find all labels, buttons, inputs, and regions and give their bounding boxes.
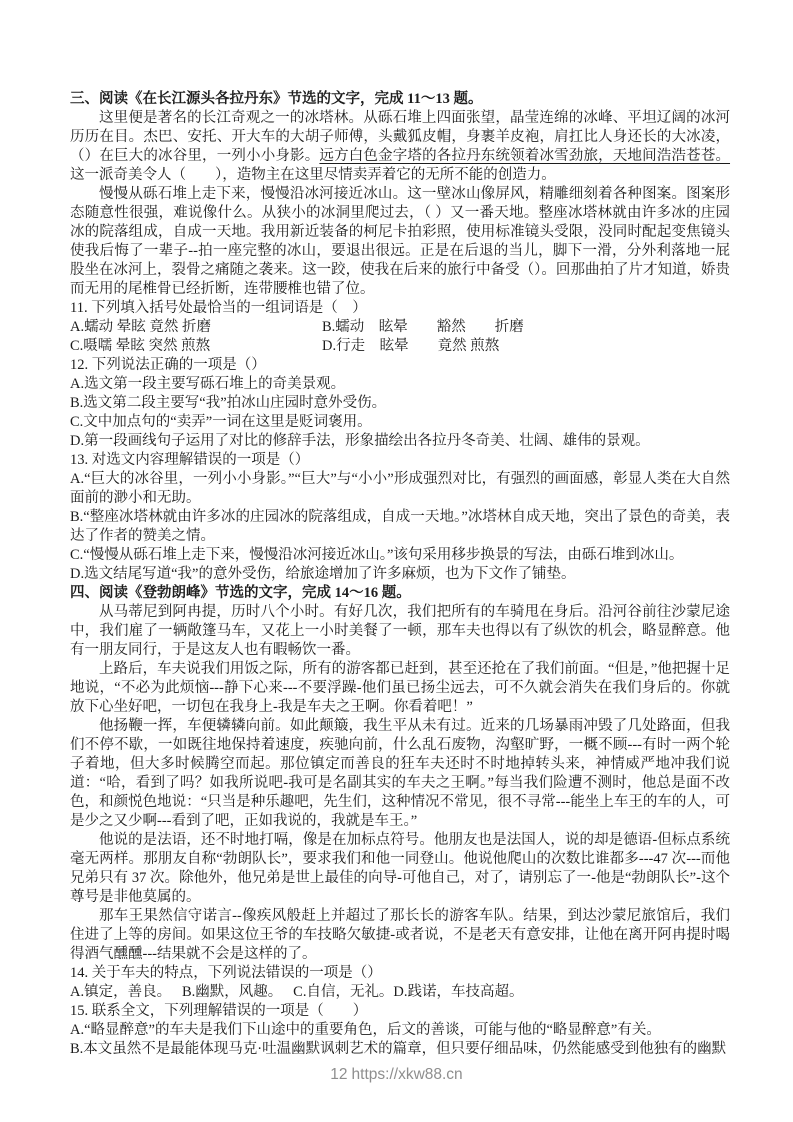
question-13-option-c[interactable]: C.“慢慢从砾石堆上走下来，慢慢沿冰河接近冰山。”该句采用移步换景的写法，由砾石… [70, 546, 730, 565]
underlined-sentence: 远方白色金字塔的各拉丹东统领着冰雪劲旅，天地间浩浩苍苍。 [319, 148, 730, 164]
section3-paragraph-2: 慢慢从砾石堆上走下来，慢慢沿冰河接近冰山。这一壁冰山像屏风，精雕细刻着各种图案。… [70, 185, 730, 299]
exam-page: 三、阅读《在长江源头各拉丹东》节选的文字，完成 11～13 题。 这里便是著名的… [0, 0, 793, 1122]
question-14-stem: 14. 关于车夫的特点，下列说法错误的一项是（） [70, 964, 730, 983]
question-11-stem: 11. 下列填入括号处最恰当的一组词语是（ ） [70, 299, 730, 318]
question-15-stem: 15. 联系全文，下列理解错误的一项是（ ） [70, 1002, 730, 1021]
exam-content: 三、阅读《在长江源头各拉丹东》节选的文字，完成 11～13 题。 这里便是著名的… [70, 90, 730, 1059]
section4-paragraph-1: 从马蒂尼到阿冉提，历时八个小时。有好几次，我们把所有的车骑甩在身后。沿河谷前往沙… [70, 603, 730, 660]
page-number: 12 [330, 1066, 347, 1083]
section3-paragraph-1: 这里便是著名的长江奇观之一的冰塔林。从砾石堆上四面张望，晶莹连绵的冰峰、平坦辽阔… [70, 109, 730, 185]
question-12-stem: 12. 下列说法正确的一项是（） [70, 356, 730, 375]
question-14-options-line[interactable]: A.镇定，善良。 B.幽默，风趣。 C.自信，无礼。D.践诺，车技高超。 [70, 983, 730, 1002]
section4-paragraph-2: 上路后，车夫说我们用饭之际，所有的游客都已赶到，甚至还抢在了我们前面。“但是，”… [70, 660, 730, 717]
page-footer: 12https://xkw88.cn [0, 1066, 793, 1084]
question-13-option-d[interactable]: D.选文结尾写道“我”的意外受伤，给旅途增加了许多麻烦，也为下文作了铺垫。 [70, 565, 730, 584]
paragraph-text: 这一派奇美令人（ ），造物主在这里尽情卖弄着它的无所不能的创造力。 [70, 167, 556, 183]
question-12-option-b[interactable]: B.选文第二段主要写“我”拍冰山庄园时意外受伤。 [70, 394, 730, 413]
question-11-option-a[interactable]: A.蠕动 晕眩 竟然 折磨 [70, 318, 322, 337]
footer-url[interactable]: https://xkw88.cn [352, 1066, 463, 1083]
question-15-option-a[interactable]: A.“略显醉意”的车夫是我们下山途中的重要角色，后文的善谈，可能与他的“略显醉意… [70, 1021, 730, 1040]
section4-heading: 四、阅读《登勃朗峰》节选的文字，完成 14～16 题。 [70, 584, 730, 603]
question-13-stem: 13. 对选文内容理解错误的一项是（） [70, 451, 730, 470]
section4-paragraph-5: 那车王果然信守诺言--像疾风般赶上并超过了那长长的游客车队。结果，到达沙蒙尼旅馆… [70, 907, 730, 964]
question-13-option-a[interactable]: A.“巨大的冰谷里，一列小小身影。”“巨大”与“小小”形成强烈对比，有强烈的画面… [70, 470, 730, 508]
question-11-option-b[interactable]: B.蠕动 眩晕 豁然 折磨 [322, 318, 730, 337]
question-12-option-c[interactable]: C.文中加点句的“卖弄”一词在这里是贬词褒用。 [70, 413, 730, 432]
question-15-option-b[interactable]: B.本文虽然不是最能体现马克·吐温幽默讽刺艺术的篇章，但只要仔细品味，仍然能感受… [70, 1040, 730, 1059]
question-12-option-a[interactable]: A.选文第一段主要写砾石堆上的奇美景观。 [70, 375, 730, 394]
section4-paragraph-4: 他说的是法语，还不时地打嗝，像是在加标点符号。他朋友也是法国人，说的却是德语-但… [70, 831, 730, 907]
section4-paragraph-3: 他扬鞭一挥，车便辚辚向前。如此颠簸，我生平从未有过。近来的几场暴雨冲毁了几处路面… [70, 717, 730, 831]
question-11-options: A.蠕动 晕眩 竟然 折磨 B.蠕动 眩晕 豁然 折磨 C.嗫嚅 晕眩 突然 煎… [70, 318, 730, 356]
question-13-option-b[interactable]: B.“整座冰塔林就由许多冰的庄园冰的院落组成，自成一天地。”冰塔林自成天地，突出… [70, 508, 730, 546]
question-11-option-d[interactable]: D.行走 眩晕 竟然 煎熬 [322, 337, 730, 356]
question-11-option-c[interactable]: C.嗫嚅 晕眩 突然 煎熬 [70, 337, 322, 356]
question-12-option-d[interactable]: D.第一段画线句子运用了对比的修辞手法，形象描绘出各拉丹冬奇美、壮阔、雄伟的景观… [70, 432, 730, 451]
section3-heading: 三、阅读《在长江源头各拉丹东》节选的文字，完成 11～13 题。 [70, 90, 730, 109]
